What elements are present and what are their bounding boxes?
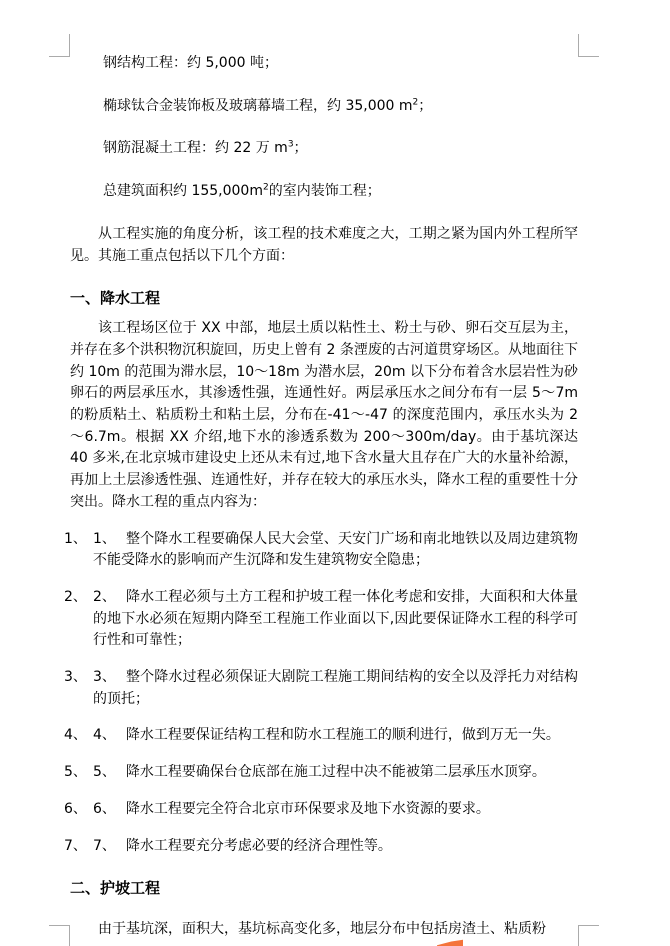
quantity-line: 钢筋混凝土工程：约 22 万 m3；: [103, 138, 578, 160]
section-body-paragraph: 由于基坑深，面积大，基坑标高变化多，地层分布中包括房渣土、粘质粉: [70, 919, 578, 941]
text-boundary-mark-top-left: [49, 34, 70, 57]
item-number-secondary: 4、: [93, 725, 116, 747]
item-number: 5、: [64, 762, 93, 784]
item-text: 降水工程要保证结构工程和防水工程施工的顺利进行，做到万无一失。: [126, 727, 560, 743]
item-body: 4、降水工程要保证结构工程和防水工程施工的顺利进行，做到万无一失。: [93, 725, 578, 747]
item-body: 7、降水工程要充分考虑必要的经济合理性等。: [93, 836, 578, 858]
item-text: 降水工程要充分考虑必要的经济合理性等。: [126, 838, 392, 854]
item-text: 降水工程要确保台仓底部在施工过程中决不能被第二层承压水顶穿。: [126, 764, 546, 780]
list-item: 2、 2、降水工程必须与土方工程和护坡工程一体化考虑和安排，大面积和大体量的地下…: [64, 587, 578, 652]
document-page: 钢结构工程：约 5,000 吨； 椭球钛合金装饰板及玻璃幕墙工程，约 35,00…: [0, 0, 670, 946]
text-boundary-mark-bottom-left: [49, 925, 70, 946]
quantity-line: 总建筑面积约 155,000m2的室内装饰工程；: [103, 181, 578, 203]
quantity-text-tail: ；: [294, 140, 308, 156]
item-number: 3、: [64, 667, 93, 710]
item-number-secondary: 6、: [93, 799, 116, 821]
item-text: 降水工程要完全符合北京市环保要求及地下水资源的要求。: [126, 801, 490, 817]
item-number-secondary: 3、: [93, 667, 116, 689]
item-number: 1、: [64, 529, 93, 572]
item-number: 4、: [64, 725, 93, 747]
list-item: 6、 6、降水工程要完全符合北京市环保要求及地下水资源的要求。: [64, 799, 578, 821]
item-number-secondary: 5、: [93, 762, 116, 784]
list-item: 5、 5、降水工程要确保台仓底部在施工过程中决不能被第二层承压水顶穿。: [64, 762, 578, 784]
item-number-secondary: 7、: [93, 836, 116, 858]
item-number: 7、: [64, 836, 93, 858]
quantity-line: 椭球钛合金装饰板及玻璃幕墙工程，约 35,000 m2；: [103, 96, 578, 118]
item-number-secondary: 2、: [93, 587, 116, 609]
quantity-text-tail: 的室内装饰工程；: [269, 183, 381, 199]
item-body: 5、降水工程要确保台仓底部在施工过程中决不能被第二层承压水顶穿。: [93, 762, 578, 784]
section-heading-dewatering: 一、降水工程: [70, 287, 578, 309]
text-boundary-mark-bottom-right: [578, 925, 599, 946]
item-text: 降水工程必须与土方工程和护坡工程一体化考虑和安排，大面积和大体量的地下水必须在短…: [93, 589, 578, 648]
item-number-secondary: 1、: [93, 529, 116, 551]
item-text: 整个降水工程要确保人民大会堂、天安门广场和南北地铁以及周边建筑物不能受降水的影响…: [93, 531, 578, 569]
document-body: 钢结构工程：约 5,000 吨； 椭球钛合金装饰板及玻璃幕墙工程，约 35,00…: [70, 53, 578, 941]
list-item: 1、 1、整个降水工程要确保人民大会堂、天安门广场和南北地铁以及周边建筑物不能受…: [64, 529, 578, 572]
item-body: 2、降水工程必须与土方工程和护坡工程一体化考虑和安排，大面积和大体量的地下水必须…: [93, 587, 578, 652]
numbered-list: 1、 1、整个降水工程要确保人民大会堂、天安门广场和南北地铁以及周边建筑物不能受…: [64, 529, 578, 858]
list-item: 7、 7、降水工程要充分考虑必要的经济合理性等。: [64, 836, 578, 858]
quantity-text: 钢结构工程：约 5,000 吨；: [103, 55, 278, 71]
item-body: 1、整个降水工程要确保人民大会堂、天安门广场和南北地铁以及周边建筑物不能受降水的…: [93, 529, 578, 572]
quantity-text: 钢筋混凝土工程：约 22 万 m: [103, 140, 288, 156]
quantity-text: 椭球钛合金装饰板及玻璃幕墙工程，约 35,000 m: [103, 98, 413, 114]
text-boundary-mark-top-right: [578, 34, 599, 57]
list-item: 4、 4、降水工程要保证结构工程和防水工程施工的顺利进行，做到万无一失。: [64, 725, 578, 747]
item-number: 2、: [64, 587, 93, 652]
quantity-text: 总建筑面积约 155,000m: [103, 183, 263, 199]
quantity-text-tail: ；: [418, 98, 432, 114]
item-body: 3、整个降水过程必须保证大剧院工程施工期间结构的安全以及浮托力对结构的顶托；: [93, 667, 578, 710]
lead-paragraph: 从工程实施的角度分析，该工程的技术难度之大，工期之紧为国内外工程所罕见。其施工重…: [70, 224, 578, 267]
section-heading-slope-protection: 二、护坡工程: [70, 877, 578, 899]
item-number: 6、: [64, 799, 93, 821]
quantity-line: 钢结构工程：约 5,000 吨；: [103, 53, 578, 75]
section-body-paragraph: 该工程场区位于 XX 中部，地层土质以粘性土、粉土与砂、卵石交互层为主，并存在多…: [70, 318, 578, 513]
item-text: 整个降水过程必须保证大剧院工程施工期间结构的安全以及浮托力对结构的顶托；: [93, 669, 578, 707]
list-item: 3、 3、整个降水过程必须保证大剧院工程施工期间结构的安全以及浮托力对结构的顶托…: [64, 667, 578, 710]
item-body: 6、降水工程要完全符合北京市环保要求及地下水资源的要求。: [93, 799, 578, 821]
